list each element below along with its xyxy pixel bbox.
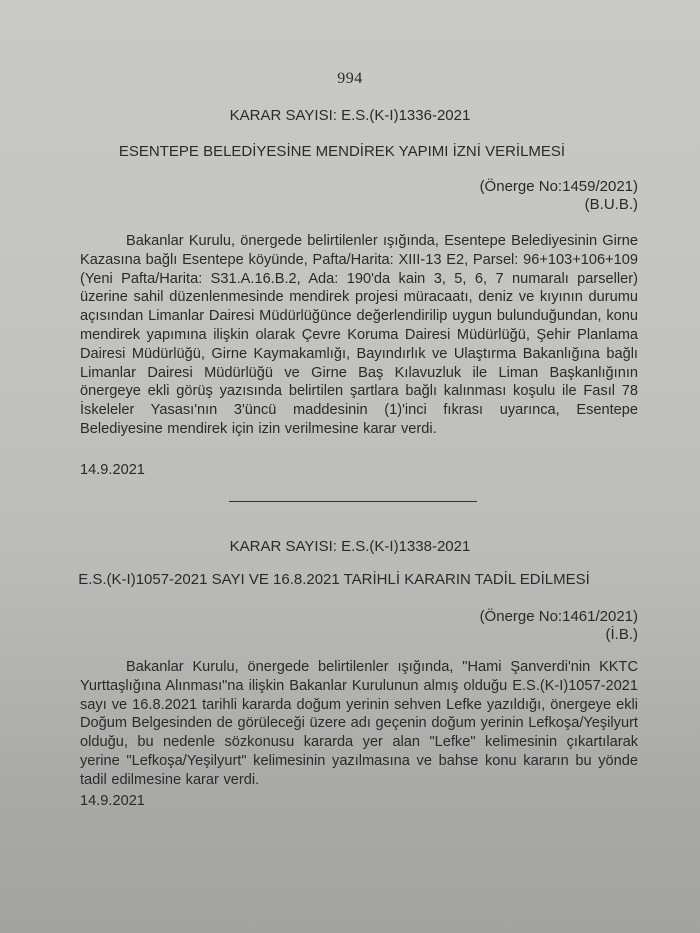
document-page: 994 KARAR SAYISI: E.S.(K-I)1336-2021 ESE… [0,0,700,933]
decision-2-title: E.S.(K-I)1057-2021 SAYI VE 16.8.2021 TAR… [0,571,684,588]
decision-1-ministry-code: (B.U.B.) [480,196,638,214]
page-number: 994 [0,70,700,88]
decision-1-reference: (Önerge No:1459/2021) (B.U.B.) [480,178,638,214]
section-separator [229,501,477,502]
decision-1-number: KARAR SAYISI: E.S.(K-I)1336-2021 [0,107,700,124]
decision-1-body: Bakanlar Kurulu, önergede belirtilenler … [80,232,638,439]
decision-2-motion-number: (Önerge No:1461/2021) [480,608,638,626]
decision-2-body: Bakanlar Kurulu, önergede belirtilenler … [80,658,638,790]
decision-2-ministry-code: (İ.B.) [480,626,638,644]
decision-2-date: 14.9.2021 [80,793,145,809]
decision-1-motion-number: (Önerge No:1459/2021) [480,178,638,196]
decision-2-number: KARAR SAYISI: E.S.(K-I)1338-2021 [0,538,700,555]
decision-1-date: 14.9.2021 [80,462,145,478]
decision-1-title: ESENTEPE BELEDİYESİNE MENDİREK YAPIMI İZ… [0,143,692,160]
decision-2-reference: (Önerge No:1461/2021) (İ.B.) [480,608,638,644]
